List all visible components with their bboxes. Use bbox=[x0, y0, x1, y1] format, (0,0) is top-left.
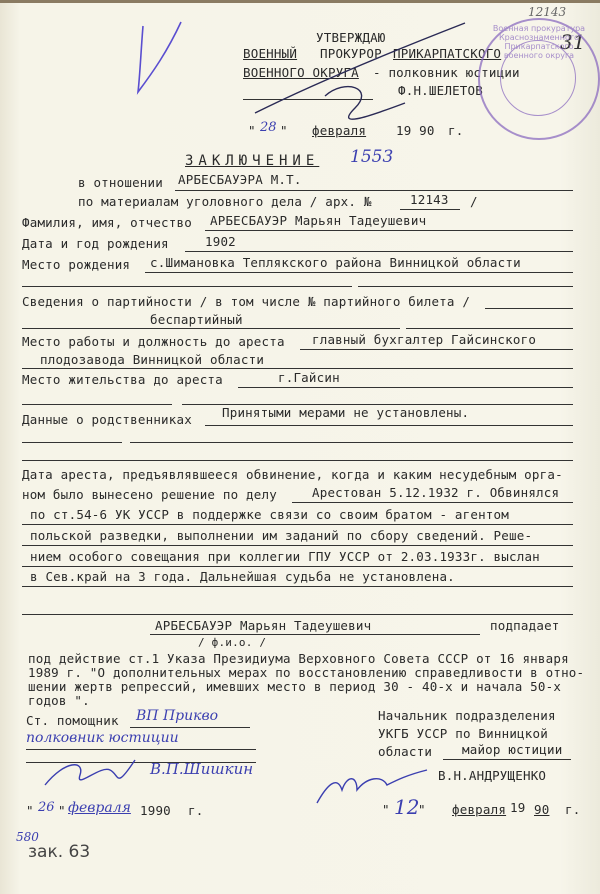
arrest-label-1: Дата ареста, предъявлявшееся обвинение, … bbox=[22, 467, 563, 482]
field-line bbox=[22, 545, 573, 546]
field-line bbox=[130, 727, 250, 728]
right-role-line-1: Начальник подразделения bbox=[378, 708, 556, 723]
field-value-fio: АРБЕСБАУЭР Марьян Тадеушевич bbox=[210, 213, 426, 228]
field-label-party: Сведения о партийности / в том числе № п… bbox=[22, 294, 470, 309]
document-title: ЗАКЛЮЧЕНИЕ bbox=[185, 153, 319, 169]
field-line bbox=[300, 349, 573, 350]
field-line bbox=[238, 387, 573, 388]
field-line bbox=[150, 634, 480, 635]
right-role-line-2: УКГБ УССР по Винницкой bbox=[378, 726, 548, 741]
conclusion-text-2: 1989 г. "О дополнительных мерах по восст… bbox=[28, 665, 584, 680]
case-label: по материалам уголовного дела / арх. № bbox=[78, 194, 372, 209]
date-quote-open: " bbox=[248, 123, 256, 138]
left-hand-line-2: полковник юстиции bbox=[26, 730, 179, 746]
field-line bbox=[22, 328, 400, 329]
field-line bbox=[205, 230, 573, 231]
approve-date-year: 19 90 bbox=[396, 123, 435, 138]
field-line bbox=[485, 308, 573, 309]
field-line bbox=[185, 251, 573, 252]
right-date-month: февраля bbox=[452, 802, 506, 817]
field-line bbox=[26, 749, 256, 750]
field-line bbox=[22, 614, 573, 615]
right-date-quote-close: " bbox=[418, 802, 426, 817]
right-date-day: 12 bbox=[394, 795, 419, 819]
right-date-year-prefix: 19 bbox=[510, 800, 525, 815]
field-value-work-2: плодозавода Винницкой области bbox=[40, 352, 264, 367]
field-line bbox=[22, 566, 573, 567]
conclusion-text-4: годов ". bbox=[28, 693, 90, 708]
field-value-work: главный бухгалтер Гайсинского bbox=[312, 332, 536, 347]
footer-note: зак. 63 bbox=[28, 842, 90, 862]
left-date-suffix: г. bbox=[188, 803, 203, 818]
field-line bbox=[22, 404, 172, 405]
field-value-relatives: Принятыми мерами не установлены. bbox=[222, 405, 469, 420]
field-line bbox=[22, 368, 573, 369]
field-label-fio: Фамилия, имя, отчество bbox=[22, 215, 192, 230]
field-label-birthplace: Место рождения bbox=[22, 257, 130, 272]
field-line bbox=[358, 286, 573, 287]
left-role-label: Ст. помощник bbox=[26, 713, 119, 728]
arrest-label-2: ном было вынесено решение по делу bbox=[22, 487, 277, 502]
field-line bbox=[145, 272, 573, 273]
arrest-line-2: по ст.54-6 УК УССР в поддержке связи со … bbox=[30, 507, 509, 522]
right-date-suffix: г. bbox=[565, 802, 580, 817]
field-label-work: Место работы и должность до ареста bbox=[22, 334, 285, 349]
field-label-birth: Дата и год рождения bbox=[22, 236, 169, 251]
right-name: В.Н.АНДРУЩЕНКО bbox=[438, 768, 546, 783]
conclusion-name: АРБЕСБАУЭР Марьян Тадеушевич bbox=[155, 618, 371, 633]
field-line bbox=[22, 442, 122, 443]
field-line bbox=[130, 442, 573, 443]
field-label-residence: Место жительства до ареста bbox=[22, 372, 223, 387]
field-line bbox=[22, 586, 573, 587]
right-rank: майор юстиции bbox=[462, 742, 562, 757]
left-hand-signature: В.П.Шишкин bbox=[150, 760, 253, 778]
fio-hint: / ф.и.о. / bbox=[198, 636, 266, 649]
document-number: 1553 bbox=[350, 147, 393, 167]
field-line bbox=[22, 460, 573, 461]
conclusion-text-1: под действие ст.1 Указа Президиума Верхо… bbox=[28, 651, 569, 666]
right-date-quote-open: " bbox=[382, 802, 390, 817]
left-date-year: 1990 bbox=[140, 803, 171, 818]
field-label-relatives: Данные о родственниках bbox=[22, 412, 192, 427]
field-line bbox=[406, 328, 573, 329]
case-close: / bbox=[470, 194, 478, 209]
right-role-line-3: области bbox=[378, 744, 432, 759]
in-relation-label: в отношении bbox=[78, 175, 163, 190]
page-edge bbox=[0, 0, 600, 3]
field-line bbox=[175, 190, 573, 191]
arrest-line-5: в Сев.край на 3 года. Дальнейшая судьба … bbox=[30, 569, 455, 584]
left-signature bbox=[40, 755, 140, 795]
in-relation-value: АРБЕСБАУЭРА М.Т. bbox=[178, 172, 302, 187]
field-value-birth: 1902 bbox=[205, 234, 236, 249]
conclusion-text-3: шении жертв репрессий, имевших место в п… bbox=[28, 679, 561, 694]
right-date-year: 90 bbox=[534, 802, 549, 817]
archive-note: 12143 bbox=[528, 5, 566, 19]
arrest-line-1: Арестован 5.12.1932 г. Обвинялся bbox=[312, 485, 559, 500]
field-line bbox=[22, 286, 352, 287]
checkmark-icon bbox=[135, 20, 185, 100]
arrest-line-3: польской разведки, выполнении им заданий… bbox=[30, 528, 532, 543]
left-date-quote-close: " bbox=[58, 803, 66, 818]
arrest-line-4: нием особого совещания при коллегии ГПУ … bbox=[30, 549, 540, 564]
approve-date-month: февраля bbox=[312, 123, 366, 138]
official-stamp: Военная прокуратура Краснознаменного При… bbox=[478, 18, 600, 140]
field-value-party: беспартийный bbox=[150, 312, 243, 327]
left-date-day: 26 bbox=[38, 800, 55, 815]
field-value-birthplace: с.Шимановка Теплякского района Винницкой… bbox=[150, 255, 521, 270]
conclusion-falls: подпадает bbox=[490, 618, 560, 633]
left-date-month: февраля bbox=[68, 800, 131, 816]
field-line bbox=[205, 425, 573, 426]
field-line bbox=[443, 759, 571, 760]
approve-date-day: 28 bbox=[260, 120, 277, 135]
left-date-quote-open: " bbox=[26, 803, 34, 818]
case-value: 12143 bbox=[410, 192, 449, 207]
field-line bbox=[400, 209, 460, 210]
field-line bbox=[292, 502, 573, 503]
approve-date-suffix: г. bbox=[448, 123, 463, 138]
date-quote-close: " bbox=[280, 123, 288, 138]
left-hand-line-1: ВП Прикво bbox=[136, 708, 218, 724]
field-line bbox=[22, 524, 573, 525]
field-value-residence: г.Гайсин bbox=[278, 370, 340, 385]
prosecutor-signature bbox=[215, 18, 475, 138]
